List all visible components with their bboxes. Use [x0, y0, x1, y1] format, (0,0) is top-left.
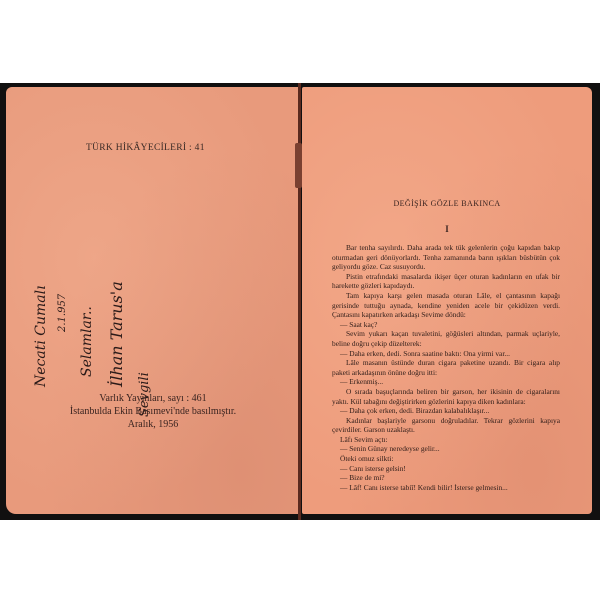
dialogue-line: — Lâf! Canı isterse tabiî! Kendi bilir! …: [332, 483, 560, 493]
imprint-line: Varlık Yayınları, sayı : 461: [6, 392, 300, 405]
story-title: DEĞİŞİK GÖZLE BAKINCA: [302, 199, 592, 208]
left-page: TÜRK HİKÂYECİLERİ : 41 Sevgili İlhan Tar…: [6, 87, 300, 514]
imprint-line: Aralık, 1956: [6, 418, 300, 431]
paragraph: Bar tenha sayılırdı. Daha arada tek tük …: [332, 243, 560, 272]
inscription-line: Selamlar..: [79, 306, 95, 377]
story-body: Bar tenha sayılırdı. Daha arada tek tük …: [332, 243, 560, 492]
dialogue-line: — Daha çok erken, dedi. Birazdan kalabal…: [332, 406, 560, 416]
dialogue-line: Öteki omuz silkti:: [332, 454, 560, 464]
inscription-signature: Necati Cumalı: [33, 285, 49, 387]
dialogue-line: — Daha erken, dedi. Sonra saatine baktı:…: [332, 349, 560, 359]
paragraph: O sırada başuçlarında beliren bir garson…: [332, 387, 560, 406]
dialogue-line: — Erkenmiş...: [332, 377, 560, 387]
paragraph: Pistin etrafındaki masalarda ikişer üçer…: [332, 272, 560, 291]
dialogue-line: — Senin Günay neredeyse gelir...: [332, 444, 560, 454]
book-scan: TÜRK HİKÂYECİLERİ : 41 Sevgili İlhan Tar…: [0, 83, 600, 520]
dialogue-line: — Saat kaç?: [332, 320, 560, 330]
inscription-line: İlhan Tarus'a: [107, 281, 126, 387]
inscription-date: 2.1.957: [57, 294, 68, 332]
dialogue-line: — Bize de mi?: [332, 473, 560, 483]
spine-tear: [295, 143, 302, 188]
series-title: TÜRK HİKÂYECİLERİ : 41: [86, 143, 205, 153]
paragraph: Lâle masanın üstünde duran cigara paketi…: [332, 358, 560, 377]
dialogue-line: — Canı isterse gelsin!: [332, 464, 560, 474]
imprint: Varlık Yayınları, sayı : 461 İstanbulda …: [6, 392, 300, 431]
right-page: DEĞİŞİK GÖZLE BAKINCA I Bar tenha sayılı…: [302, 87, 592, 514]
imprint-line: İstanbulda Ekin Basımevi'nde basılmıştır…: [6, 405, 300, 418]
dialogue-line: Lâfı Sevim açtı:: [332, 435, 560, 445]
paragraph: Sevim yukarı kaçan tuvaletini, göğüsleri…: [332, 329, 560, 348]
section-number: I: [302, 224, 592, 234]
paragraph: Tam kapıya karşı gelen masada oturan Lâl…: [332, 291, 560, 320]
paragraph: Kadınlar başlariyle garsonu doğruladılar…: [332, 416, 560, 435]
